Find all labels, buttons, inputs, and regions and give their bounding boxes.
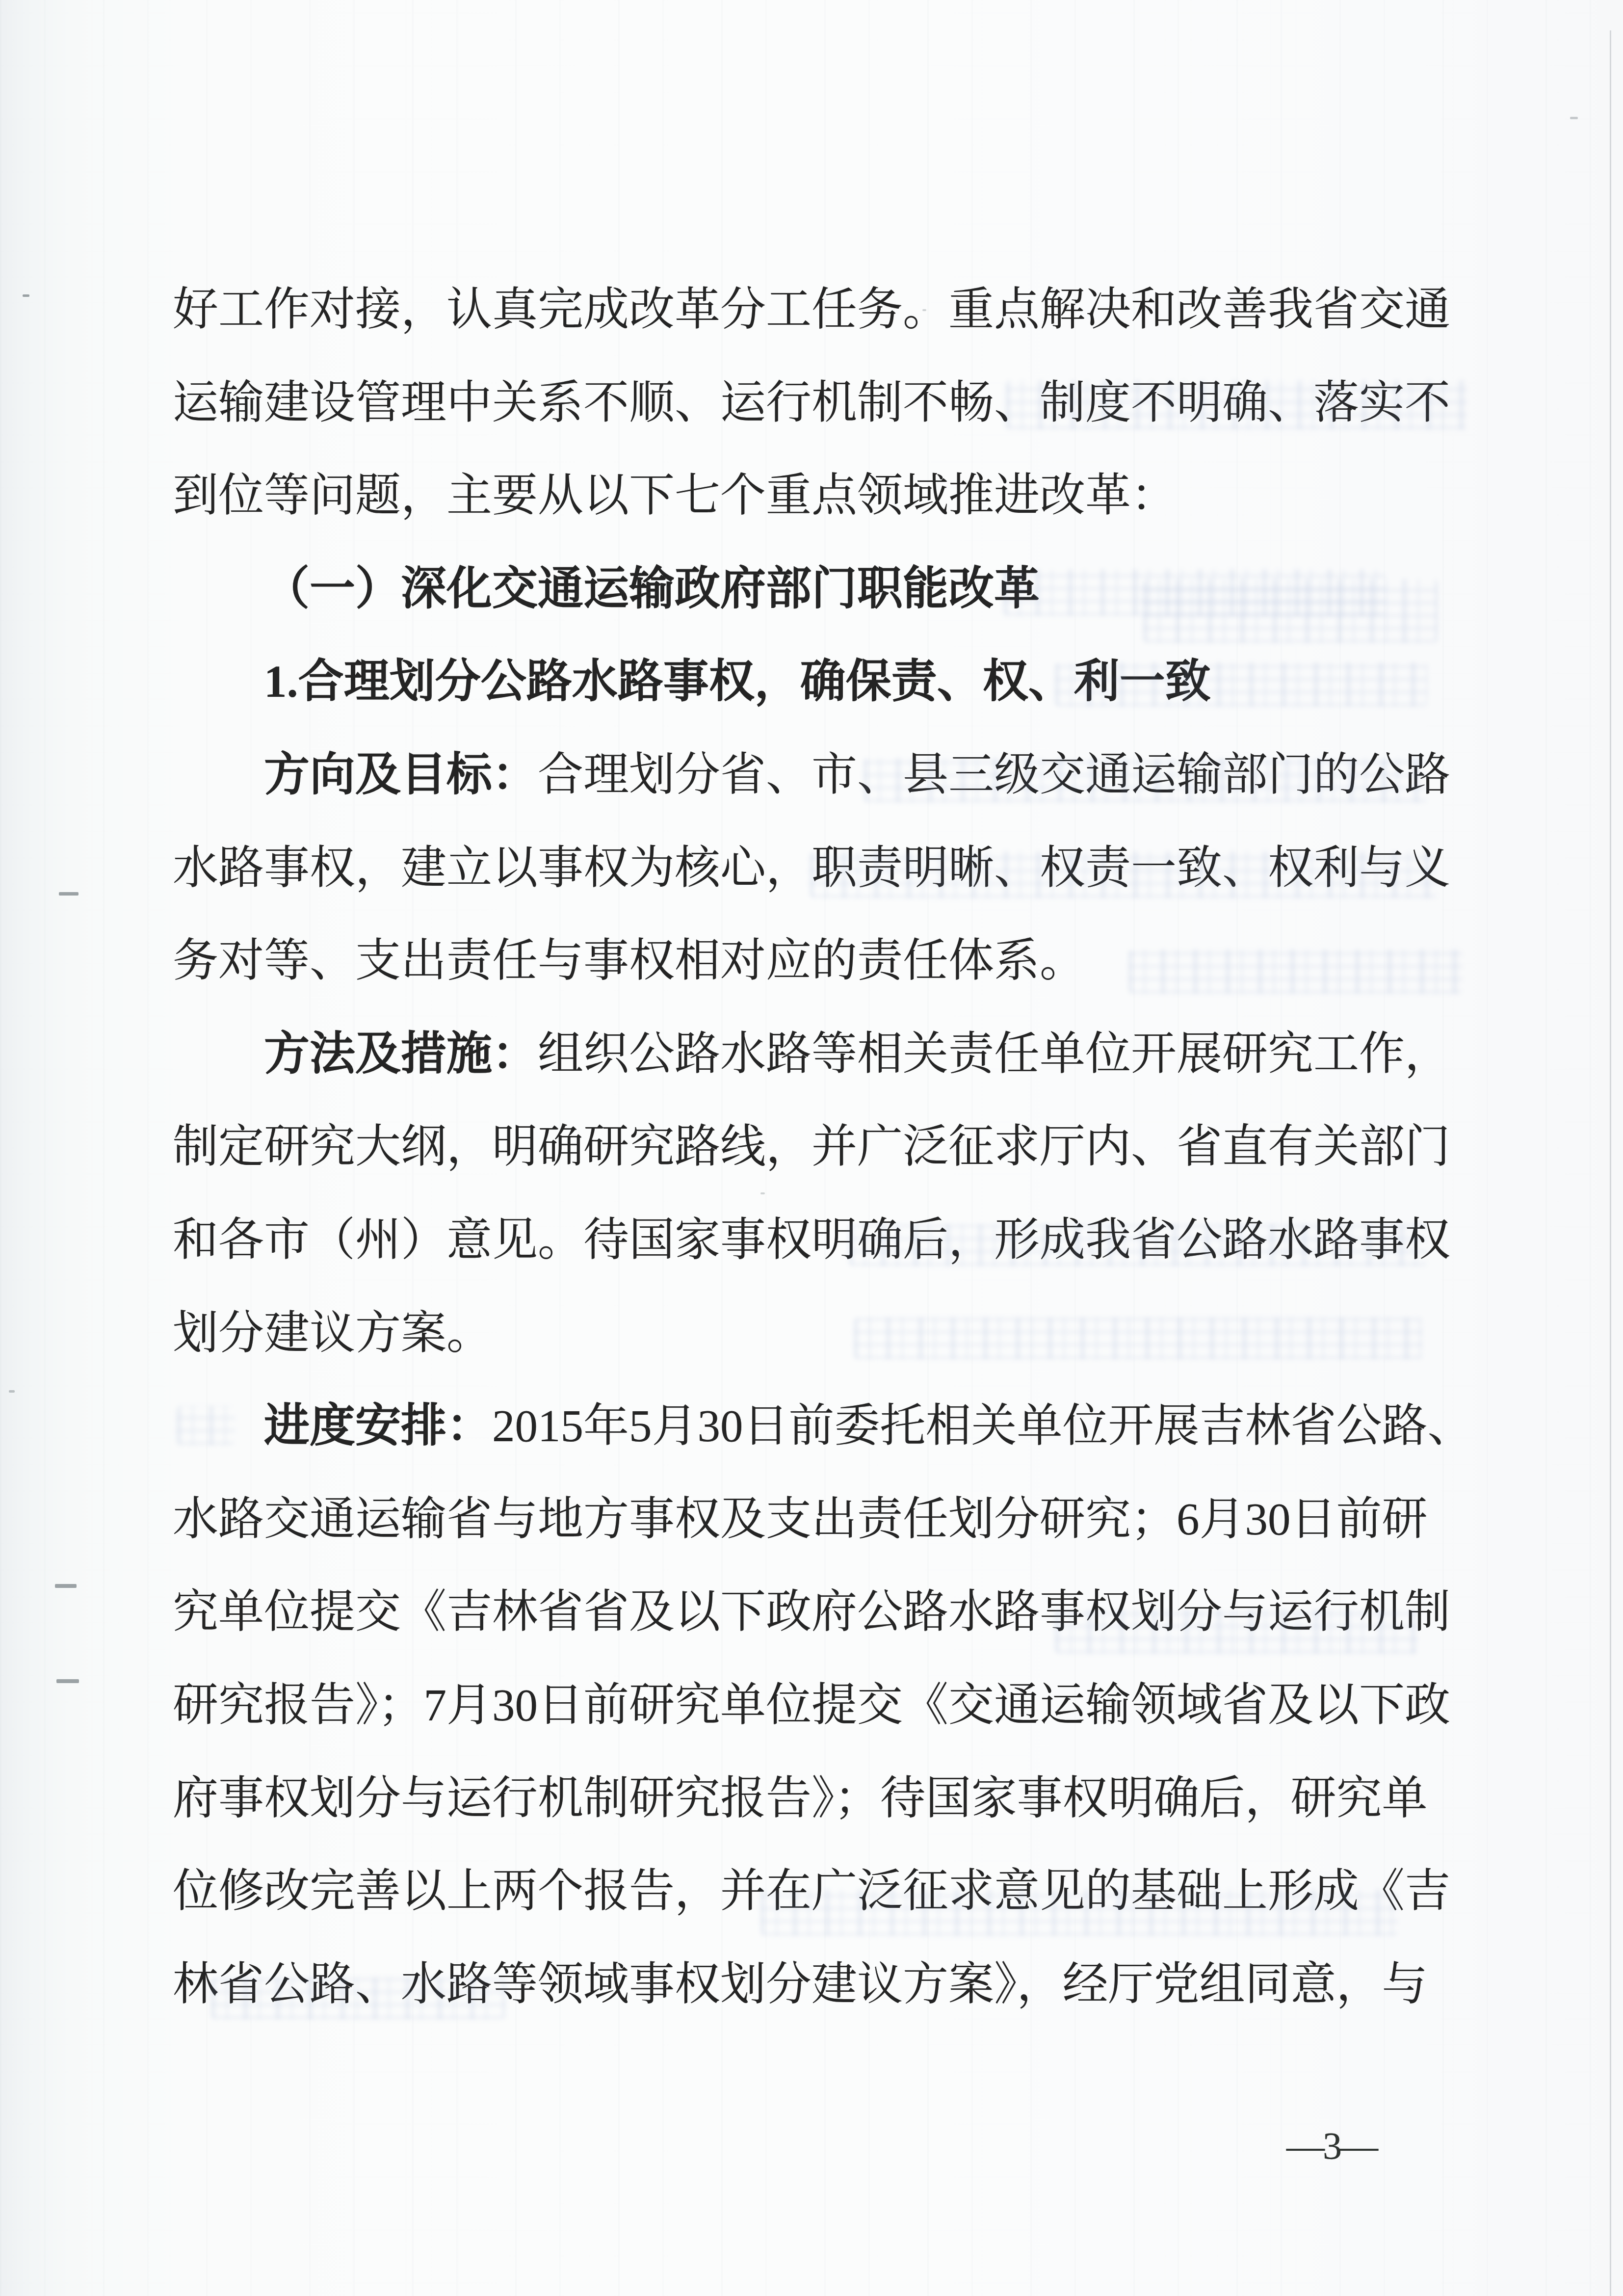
document-text-block: 好工作对接，认真完成改革分工任务。重点解决和改善我省交通运输建设管理中关系不顺、… [0, 0, 1623, 2296]
text-segment: 水路交通运输省与地方事权及支出责任划分研究；6月30日前研 [173, 1494, 1428, 1545]
text-segment: 制定研究大纲，明确研究路线，并广泛征求厅内、省直有关部门 [173, 1122, 1450, 1172]
text-line: 和各市（州）意见。待国家事权明确后，形成我省公路水路事权 [173, 1217, 1461, 1264]
text-line: 1.合理划分公路水路事权，确保责、权、利一致 [173, 659, 1552, 706]
text-segment: 务对等、支出责任与事权相对应的责任体系。 [173, 936, 1085, 986]
text-segment: 研究报告》；7月30日前研究单位提交《交通运输领域省及以下政 [173, 1680, 1450, 1731]
text-segment-bold: 进度安排： [264, 1401, 492, 1451]
text-line: 进度安排：2015年5月30日前委托相关单位开展吉林省公路、 [173, 1403, 1552, 1450]
text-segment: 究单位提交《吉林省省及以下政府公路水路事权划分与运行机制 [173, 1587, 1450, 1637]
text-segment: 运输建设管理中关系不顺、运行机制不畅、制度不明确、落实不 [173, 378, 1450, 428]
text-line: （一）深化交通运输政府部门职能改革 [173, 566, 1552, 613]
text-segment: 府事权划分与运行机制研究报告》；待国家事权明确后，研究单 [173, 1773, 1428, 1824]
text-line: 位修改完善以上两个报告，并在广泛征求意见的基础上形成《吉 [173, 1868, 1461, 1915]
text-segment: 到位等问题，主要从以下七个重点领域推进改革： [173, 471, 1177, 521]
text-line: 林省公路、水路等领域事权划分建议方案》，经厅党组同意，与 [173, 1961, 1461, 2008]
text-line: 究单位提交《吉林省省及以下政府公路水路事权划分与运行机制 [173, 1589, 1461, 1636]
text-segment: 位修改完善以上两个报告，并在广泛征求意见的基础上形成《吉 [173, 1866, 1450, 1917]
text-line: 到位等问题，主要从以下七个重点领域推进改革： [173, 473, 1461, 520]
text-line: 运输建设管理中关系不顺、运行机制不畅、制度不明确、落实不 [173, 380, 1461, 427]
page-number: —3— [1286, 2126, 1376, 2166]
text-segment: 合理划分省、市、县三级交通运输部门的公路 [538, 750, 1450, 800]
text-segment: 和各市（州）意见。待国家事权明确后，形成我省公路水路事权 [173, 1215, 1450, 1266]
text-line: 研究报告》；7月30日前研究单位提交《交通运输领域省及以下政 [173, 1682, 1461, 1729]
text-line: 水路交通运输省与地方事权及支出责任划分研究；6月30日前研 [173, 1496, 1461, 1543]
text-line: 划分建议方案。 [173, 1310, 1461, 1357]
text-line: 好工作对接，认真完成改革分工任务。重点解决和改善我省交通 [173, 287, 1461, 334]
text-line: 水路事权，建立以事权为核心，职责明晰、权责一致、权利与义 [173, 845, 1461, 892]
scanned-document-page: 好工作对接，认真完成改革分工任务。重点解决和改善我省交通运输建设管理中关系不顺、… [0, 0, 1623, 2296]
text-segment-bold: （一）深化交通运输政府部门职能改革 [264, 564, 1040, 614]
text-segment: 水路事权，建立以事权为核心，职责明晰、权责一致、权利与义 [173, 843, 1450, 894]
text-segment: 组织公路水路等相关责任单位开展研究工作， [538, 1029, 1450, 1080]
text-line: 方向及目标：合理划分省、市、县三级交通运输部门的公路 [173, 752, 1552, 799]
text-line: 务对等、支出责任与事权相对应的责任体系。 [173, 938, 1461, 985]
text-segment-bold: 1.合理划分公路水路事权，确保责、权、利一致 [264, 657, 1211, 707]
text-line: 制定研究大纲，明确研究路线，并广泛征求厅内、省直有关部门 [173, 1124, 1461, 1171]
text-segment-bold: 方向及目标： [264, 750, 538, 800]
text-segment-bold: 方法及措施： [264, 1029, 538, 1080]
text-segment: 2015年5月30日前委托相关单位开展吉林省公路、 [492, 1401, 1473, 1451]
text-segment: 林省公路、水路等领域事权划分建议方案》，经厅党组同意，与 [173, 1959, 1428, 2010]
text-segment: 划分建议方案。 [173, 1308, 492, 1359]
text-line: 府事权划分与运行机制研究报告》；待国家事权明确后，研究单 [173, 1775, 1461, 1822]
text-segment: 好工作对接，认真完成改革分工任务。重点解决和改善我省交通 [173, 285, 1450, 335]
text-line: 方法及措施：组织公路水路等相关责任单位开展研究工作， [173, 1031, 1552, 1078]
